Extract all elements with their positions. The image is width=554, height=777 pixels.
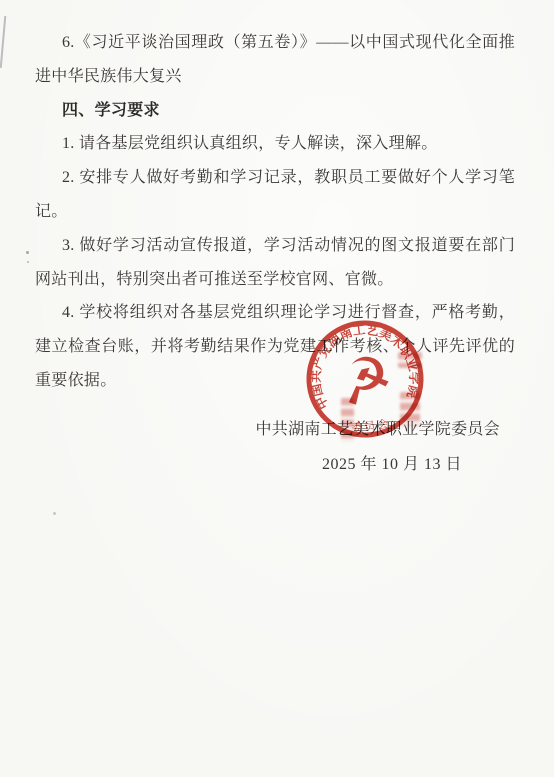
issue-date: 2025 年 10 月 13 日 [35,447,515,482]
requirement-item-1: 1. 请各基层党组织认真组织，专人解读，深入理解。 [35,127,515,161]
requirement-item-3: 3. 做好学习活动宣传报道，学习活动情况的图文报道要在部门网站刊出，特别突出者可… [35,229,515,297]
scan-speck [53,512,56,515]
section-heading-study-requirements: 四、学习要求 [35,94,515,128]
seal-ghost-mark [398,352,422,368]
official-seal: 中国共产党湖南工艺美术职业学院 ☭ 委员会 [276,290,454,468]
study-list-item-6: 6.《习近平谈治国理政（第五卷）》——以中国式现代化全面推进中华民族伟大复兴 [35,26,515,94]
scanned-document-page: 6.《习近平谈治国理政（第五卷）》——以中国式现代化全面推进中华民族伟大复兴 四… [0,0,554,777]
scan-speck [26,251,29,254]
scanner-edge-artifact [0,16,6,68]
scan-speck [27,261,29,263]
seal-ghost-mark [341,398,354,442]
requirement-item-2: 2. 安排专人做好考勤和学习记录，教职员工要做好个人学习笔记。 [35,161,515,229]
seal-ghost-mark [400,392,420,426]
